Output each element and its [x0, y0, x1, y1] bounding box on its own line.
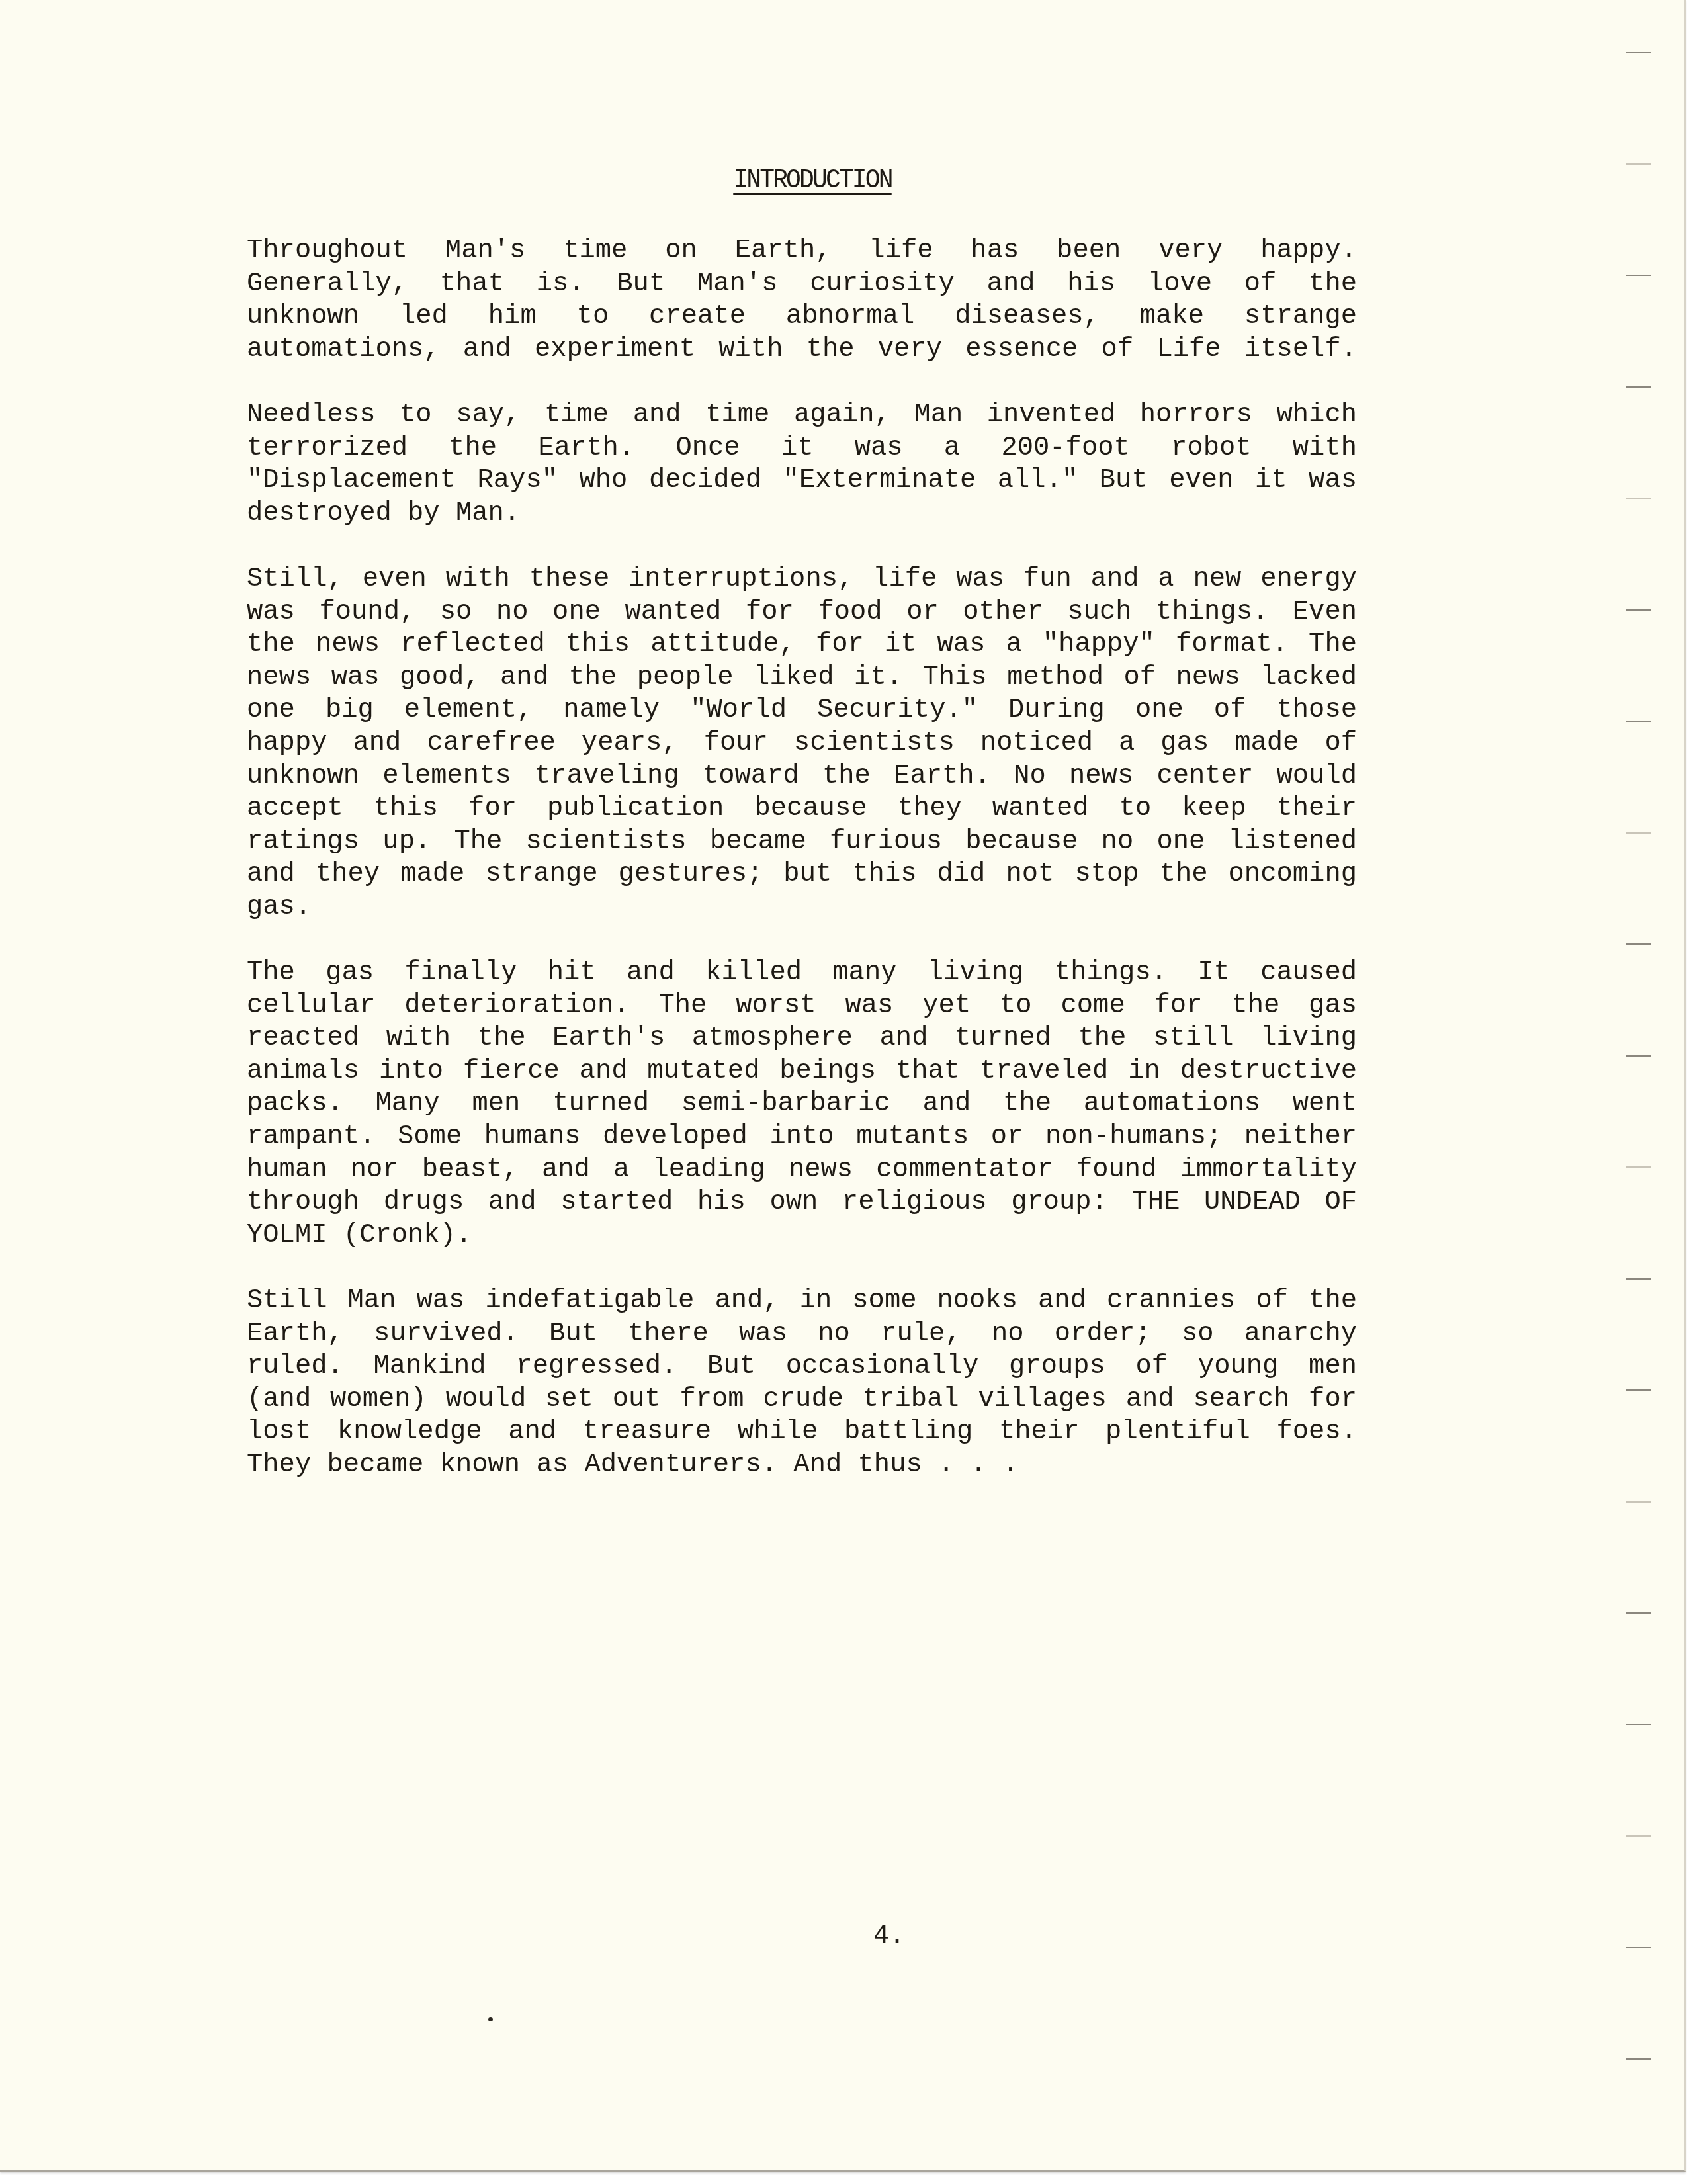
margin-tick-mark: [1626, 52, 1651, 53]
text-line: (and women) would set out from crude tri…: [247, 1383, 1357, 1417]
margin-tick-mark: [1626, 832, 1651, 834]
text-line: and they made strange gestures; but this…: [247, 858, 1357, 891]
text-line: Needless to say, time and time again, Ma…: [247, 399, 1357, 432]
paragraph-5: Still Man was indefatigable and, in some…: [247, 1285, 1357, 1482]
margin-tick-mark: [1626, 721, 1651, 722]
paragraph-4: The gas finally hit and killed many livi…: [247, 957, 1357, 1252]
ink-speck: [488, 2017, 493, 2021]
margin-tick-mark: [1626, 1612, 1651, 1614]
margin-tick-mark: [1626, 163, 1651, 165]
text-line: ruled. Mankind regressed. But occasional…: [247, 1350, 1357, 1383]
margin-tick-mark: [1626, 1278, 1651, 1280]
heading-text: INTRODUCTION: [733, 166, 891, 196]
text-line: lost knowledge and treasure while battli…: [247, 1416, 1357, 1449]
text-line: human nor beast, and a leading news comm…: [247, 1154, 1357, 1187]
text-line: news was good, and the people liked it. …: [247, 662, 1357, 695]
text-line: Earth, survived. But there was no rule, …: [247, 1318, 1357, 1351]
text-line: gas.: [247, 891, 1357, 924]
text-line: rampant. Some humans developed into muta…: [247, 1121, 1357, 1154]
margin-tick-mark: [1626, 498, 1651, 499]
text-line: ratings up. The scientists became furiou…: [247, 826, 1357, 859]
text-line: They became known as Adventurers. And th…: [247, 1449, 1357, 1482]
text-line: happy and carefree years, four scientist…: [247, 727, 1357, 760]
document-page: INTRODUCTION Throughout Man's time on Ea…: [0, 0, 1686, 2172]
text-line: Throughout Man's time on Earth, life has…: [247, 235, 1357, 268]
paragraph-2: Needless to say, time and time again, Ma…: [247, 399, 1357, 530]
margin-tick-mark: [1626, 275, 1651, 276]
text-line: The gas finally hit and killed many livi…: [247, 957, 1357, 990]
margin-tick-mark: [1626, 1835, 1651, 1837]
text-line: unknown led him to create abnormal disea…: [247, 300, 1357, 333]
margin-tick-mark: [1626, 386, 1651, 388]
text-line: animals into fierce and mutated beings t…: [247, 1055, 1357, 1088]
text-line: automations, and experiment with the ver…: [247, 333, 1357, 367]
text-line: packs. Many men turned semi-barbaric and…: [247, 1088, 1357, 1121]
margin-tick-mark: [1626, 1055, 1651, 1057]
body-text: Throughout Man's time on Earth, life has…: [247, 235, 1357, 1514]
text-line: terrorized the Earth. Once it was a 200-…: [247, 432, 1357, 465]
margin-tick-mark: [1626, 1166, 1651, 1168]
text-line: Still Man was indefatigable and, in some…: [247, 1285, 1357, 1318]
text-line: accept this for publication because they…: [247, 793, 1357, 826]
margin-tick-mark: [1626, 943, 1651, 945]
text-line: cellular deterioration. The worst was ye…: [247, 990, 1357, 1023]
page-heading: INTRODUCTION: [40, 165, 1584, 197]
paragraph-3: Still, even with these interruptions, li…: [247, 563, 1357, 924]
text-line: Still, even with these interruptions, li…: [247, 563, 1357, 596]
margin-tick-mark: [1626, 1947, 1651, 1948]
text-line: was found, so no one wanted for food or …: [247, 596, 1357, 629]
text-line: Generally, that is. But Man's curiosity …: [247, 268, 1357, 301]
page-number: 4.: [873, 1921, 905, 1952]
text-line: reacted with the Earth's atmosphere and …: [247, 1022, 1357, 1055]
margin-tick-mark: [1626, 1389, 1651, 1391]
margin-tick-mark: [1626, 2058, 1651, 2060]
text-line: destroyed by Man.: [247, 498, 1357, 531]
text-line: unknown elements traveling toward the Ea…: [247, 760, 1357, 793]
margin-tick-mark: [1626, 609, 1651, 611]
margin-tick-mark: [1626, 1501, 1651, 1503]
text-line: through drugs and started his own religi…: [247, 1186, 1357, 1219]
text-line: "Displacement Rays" who decided "Extermi…: [247, 464, 1357, 498]
text-line: one big element, namely "World Security.…: [247, 694, 1357, 727]
margin-tick-mark: [1626, 1724, 1651, 1725]
paragraph-1: Throughout Man's time on Earth, life has…: [247, 235, 1357, 366]
text-line: YOLMI (Cronk).: [247, 1219, 1357, 1252]
text-line: the news reflected this attitude, for it…: [247, 629, 1357, 662]
